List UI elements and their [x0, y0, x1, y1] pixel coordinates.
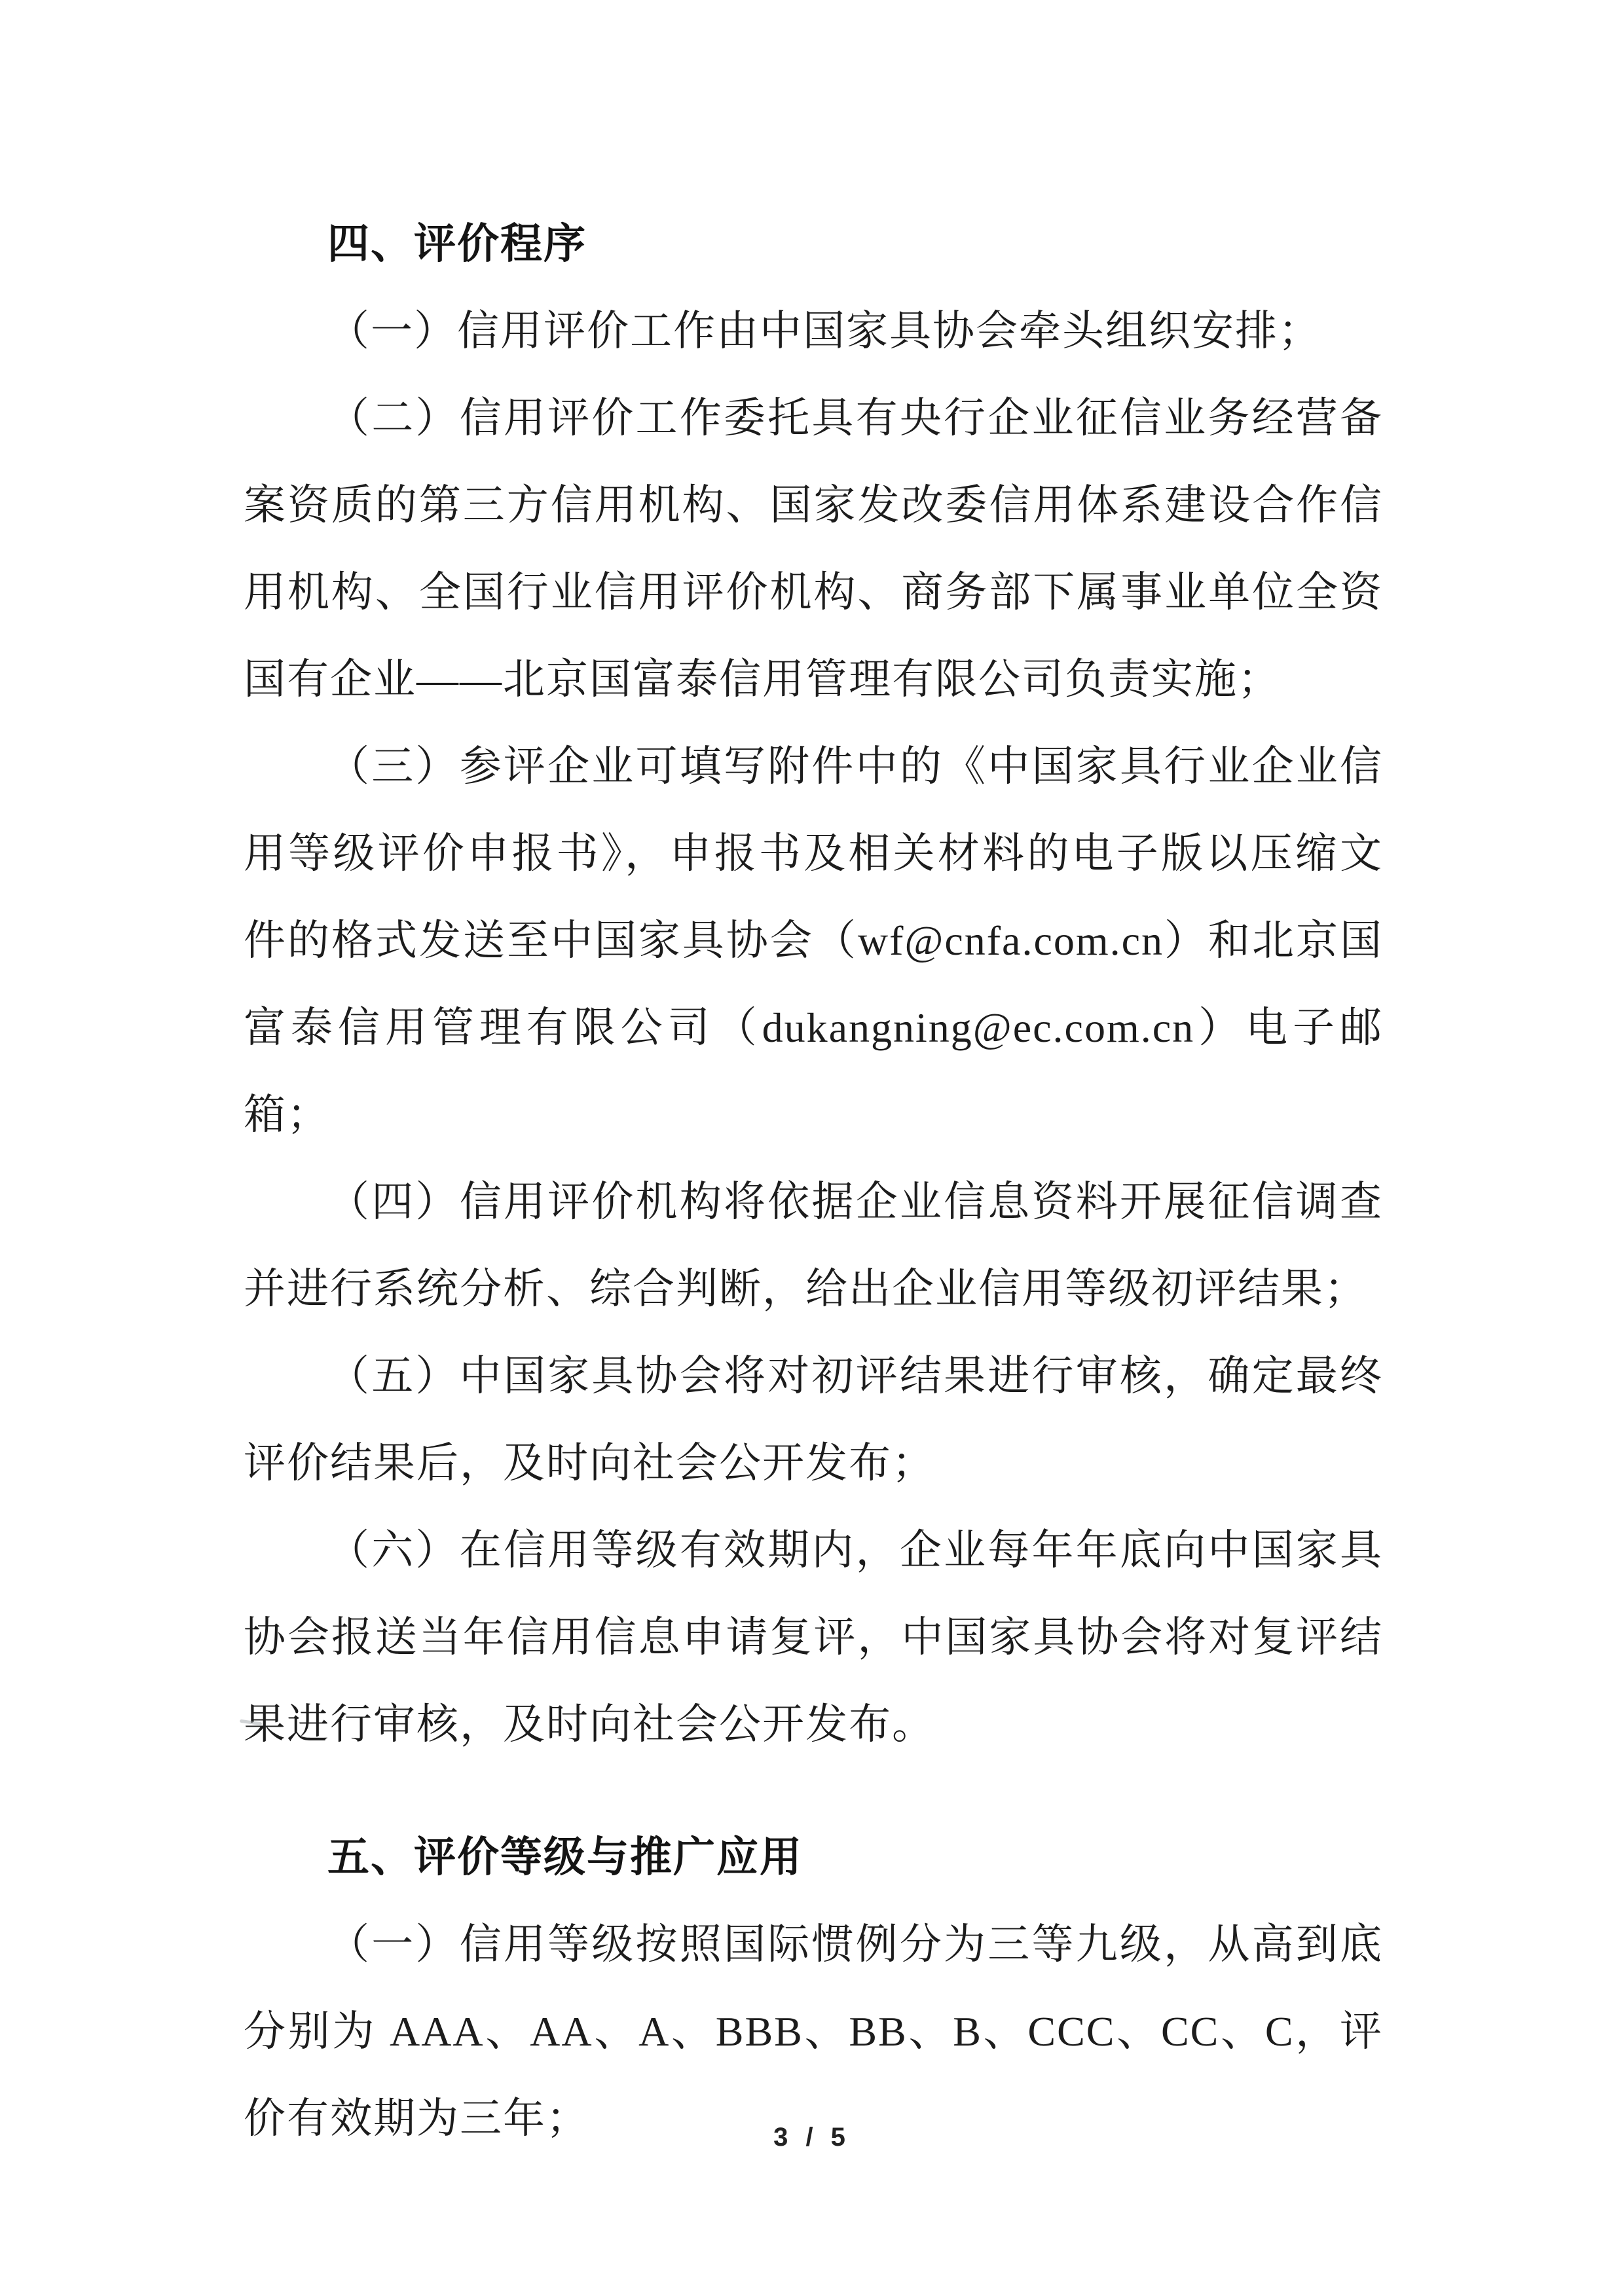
- page-number: 3 / 5: [0, 2123, 1624, 2152]
- section-heading-4: 四、评价程序: [244, 200, 1383, 287]
- paragraph-4-5: （五）中国家具协会将对初评结果进行审核，确定最终评价结果后，及时向社会公开发布；: [244, 1332, 1383, 1507]
- paragraph-4-1: （一）信用评价工作由中国家具协会牵头组织安排；: [244, 287, 1383, 375]
- section-heading-5: 五、评价等级与推广应用: [244, 1814, 1383, 1901]
- document-body: 四、评价程序 （一）信用评价工作由中国家具协会牵头组织安排； （二）信用评价工作…: [244, 200, 1383, 2162]
- scanned-document-page: 四、评价程序 （一）信用评价工作由中国家具协会牵头组织安排； （二）信用评价工作…: [0, 0, 1624, 2295]
- paragraph-4-6: （六）在信用等级有效期内，企业每年年底向中国家具协会报送当年信用信息申请复评，中…: [244, 1507, 1383, 1768]
- paragraph-4-2: （二）信用评价工作委托具有央行企业征信业务经营备案资质的第三方信用机构、国家发改…: [244, 375, 1383, 723]
- paragraph-4-3: （三）参评企业可填写附件中的《中国家具行业企业信用等级评价申报书》，申报书及相关…: [244, 723, 1383, 1158]
- paragraph-4-4: （四）信用评价机构将依据企业信息资料开展征信调查并进行系统分析、综合判断，给出企…: [244, 1158, 1383, 1332]
